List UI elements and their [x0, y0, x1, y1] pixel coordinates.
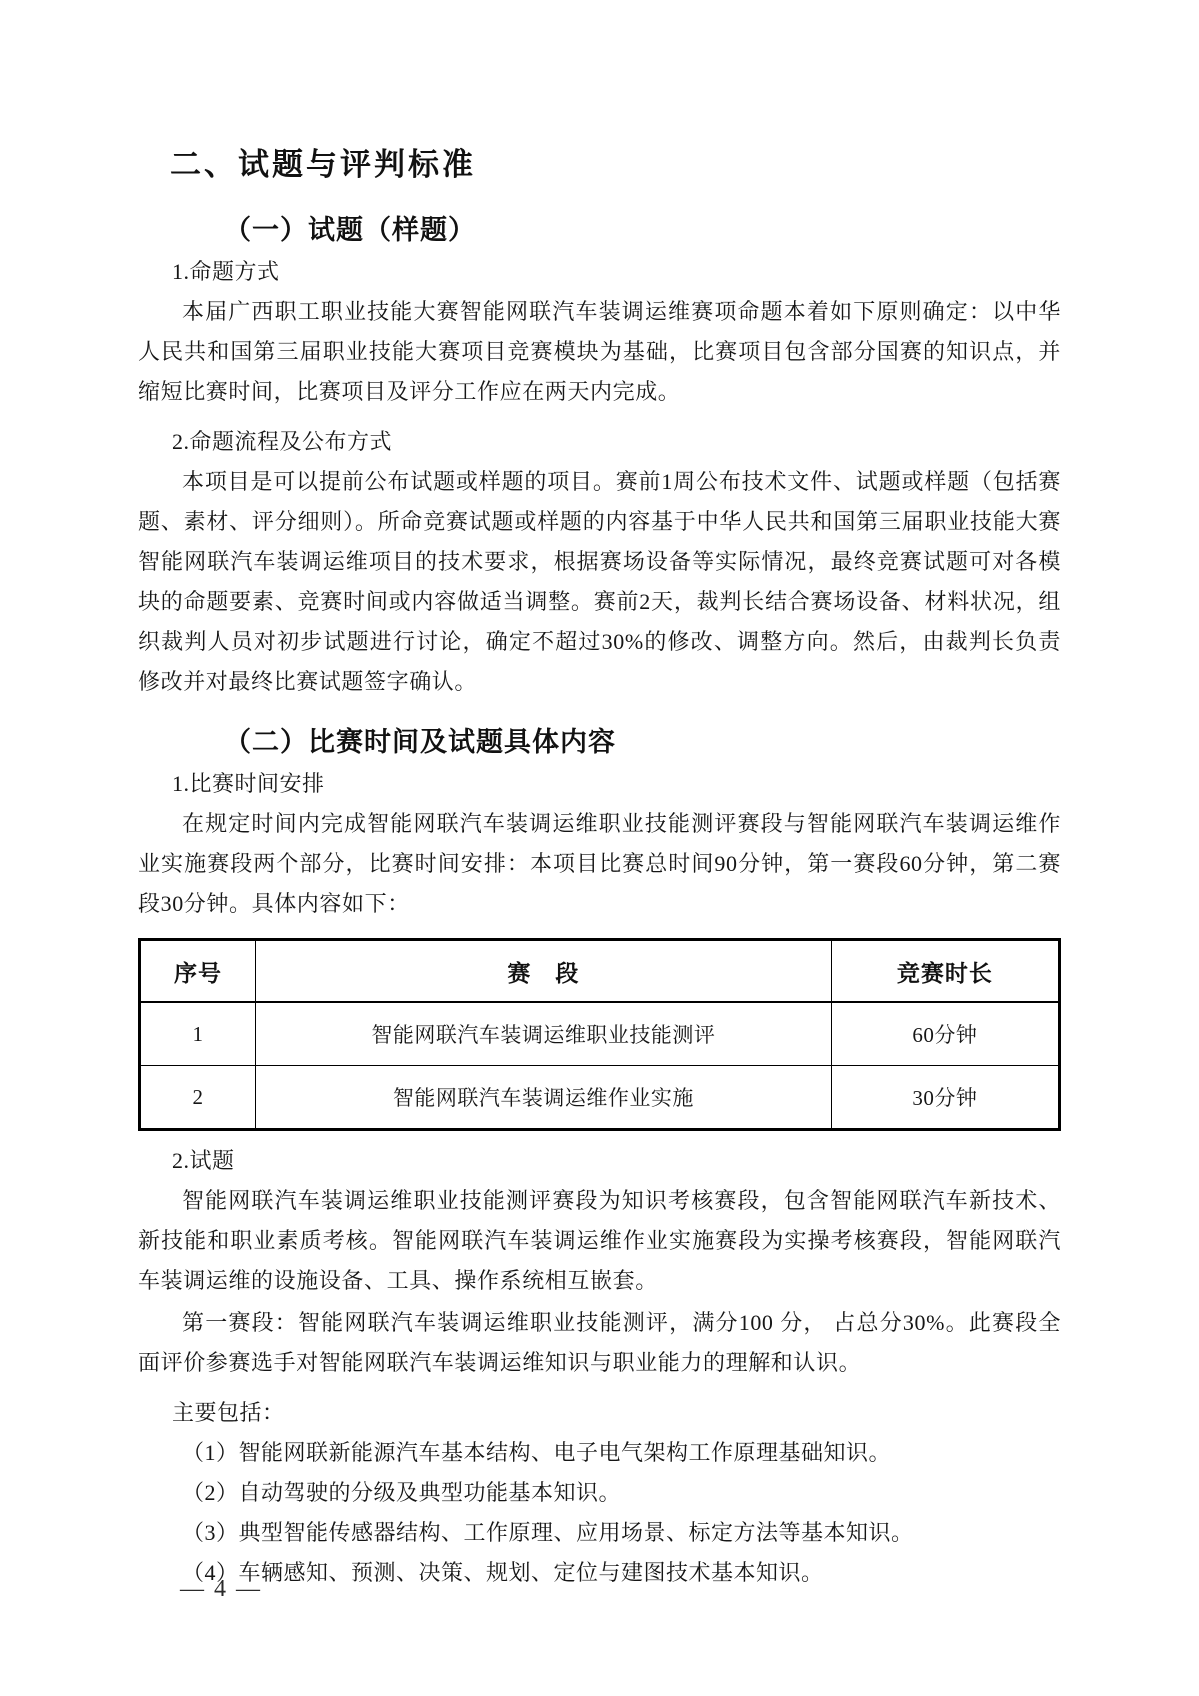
- document-content: 二、试题与评判标准 （一）试题（样题） 1.命题方式 本届广西职工职业技能大赛智…: [138, 0, 1061, 1593]
- page-number: — 4 —: [180, 1576, 262, 1603]
- numbered-heading-1: 1.命题方式: [172, 252, 1061, 292]
- list-item: （1）智能网联新能源汽车基本结构、电子电气架构工作原理基础知识。: [182, 1433, 1061, 1473]
- table-cell-stage: 智能网联汽车装调运维作业实施: [255, 1066, 831, 1130]
- table-cell-duration: 60分钟: [831, 1002, 1059, 1066]
- paragraph-4: 智能网联汽车装调运维职业技能测评赛段为知识考核赛段，包含智能网联汽车新技术、新技…: [138, 1181, 1061, 1301]
- table-cell-index: 2: [140, 1066, 256, 1130]
- table-cell-duration: 30分钟: [831, 1066, 1059, 1130]
- paragraph-1: 本届广西职工职业技能大赛智能网联汽车装调运维赛项命题本着如下原则确定：以中华人民…: [138, 292, 1061, 412]
- list-item: （4）车辆感知、预测、决策、规划、定位与建图技术基本知识。: [182, 1553, 1061, 1593]
- subsection-heading-2: （二）比赛时间及试题具体内容: [224, 724, 1061, 760]
- numbered-heading-4: 2.试题: [172, 1141, 1061, 1181]
- paragraph-2: 本项目是可以提前公布试题或样题的项目。赛前1周公布技术文件、试题或样题（包括赛题…: [138, 462, 1061, 702]
- table-cell-stage: 智能网联汽车装调运维职业技能测评: [255, 1002, 831, 1066]
- numbered-heading-3: 1.比赛时间安排: [172, 764, 1061, 804]
- table-header-row: 序号 赛 段 竞赛时长: [140, 940, 1060, 1003]
- section-heading: 二、试题与评判标准: [170, 146, 1061, 184]
- table-cell-index: 1: [140, 1002, 256, 1066]
- table-header-index: 序号: [140, 940, 256, 1003]
- paragraph-5: 第一赛段：智能网联汽车装调运维职业技能测评，满分100 分， 占总分30%。此赛…: [138, 1303, 1061, 1383]
- document-page: 二、试题与评判标准 （一）试题（样题） 1.命题方式 本届广西职工职业技能大赛智…: [0, 0, 1199, 1696]
- lead-in-heading: 主要包括：: [172, 1393, 1061, 1433]
- table-header-stage: 赛 段: [255, 940, 831, 1003]
- list-item: （2）自动驾驶的分级及典型功能基本知识。: [182, 1473, 1061, 1513]
- numbered-heading-2: 2.命题流程及公布方式: [172, 422, 1061, 462]
- schedule-table: 序号 赛 段 竞赛时长 1 智能网联汽车装调运维职业技能测评 60分钟 2 智能…: [138, 938, 1061, 1131]
- table-header-duration: 竞赛时长: [831, 940, 1059, 1003]
- subsection-heading-1: （一）试题（样题）: [224, 212, 1061, 248]
- paragraph-3: 在规定时间内完成智能网联汽车装调运维职业技能测评赛段与智能网联汽车装调运维作业实…: [138, 804, 1061, 924]
- table-row: 1 智能网联汽车装调运维职业技能测评 60分钟: [140, 1002, 1060, 1066]
- list-item: （3）典型智能传感器结构、工作原理、应用场景、标定方法等基本知识。: [182, 1513, 1061, 1553]
- table-row: 2 智能网联汽车装调运维作业实施 30分钟: [140, 1066, 1060, 1130]
